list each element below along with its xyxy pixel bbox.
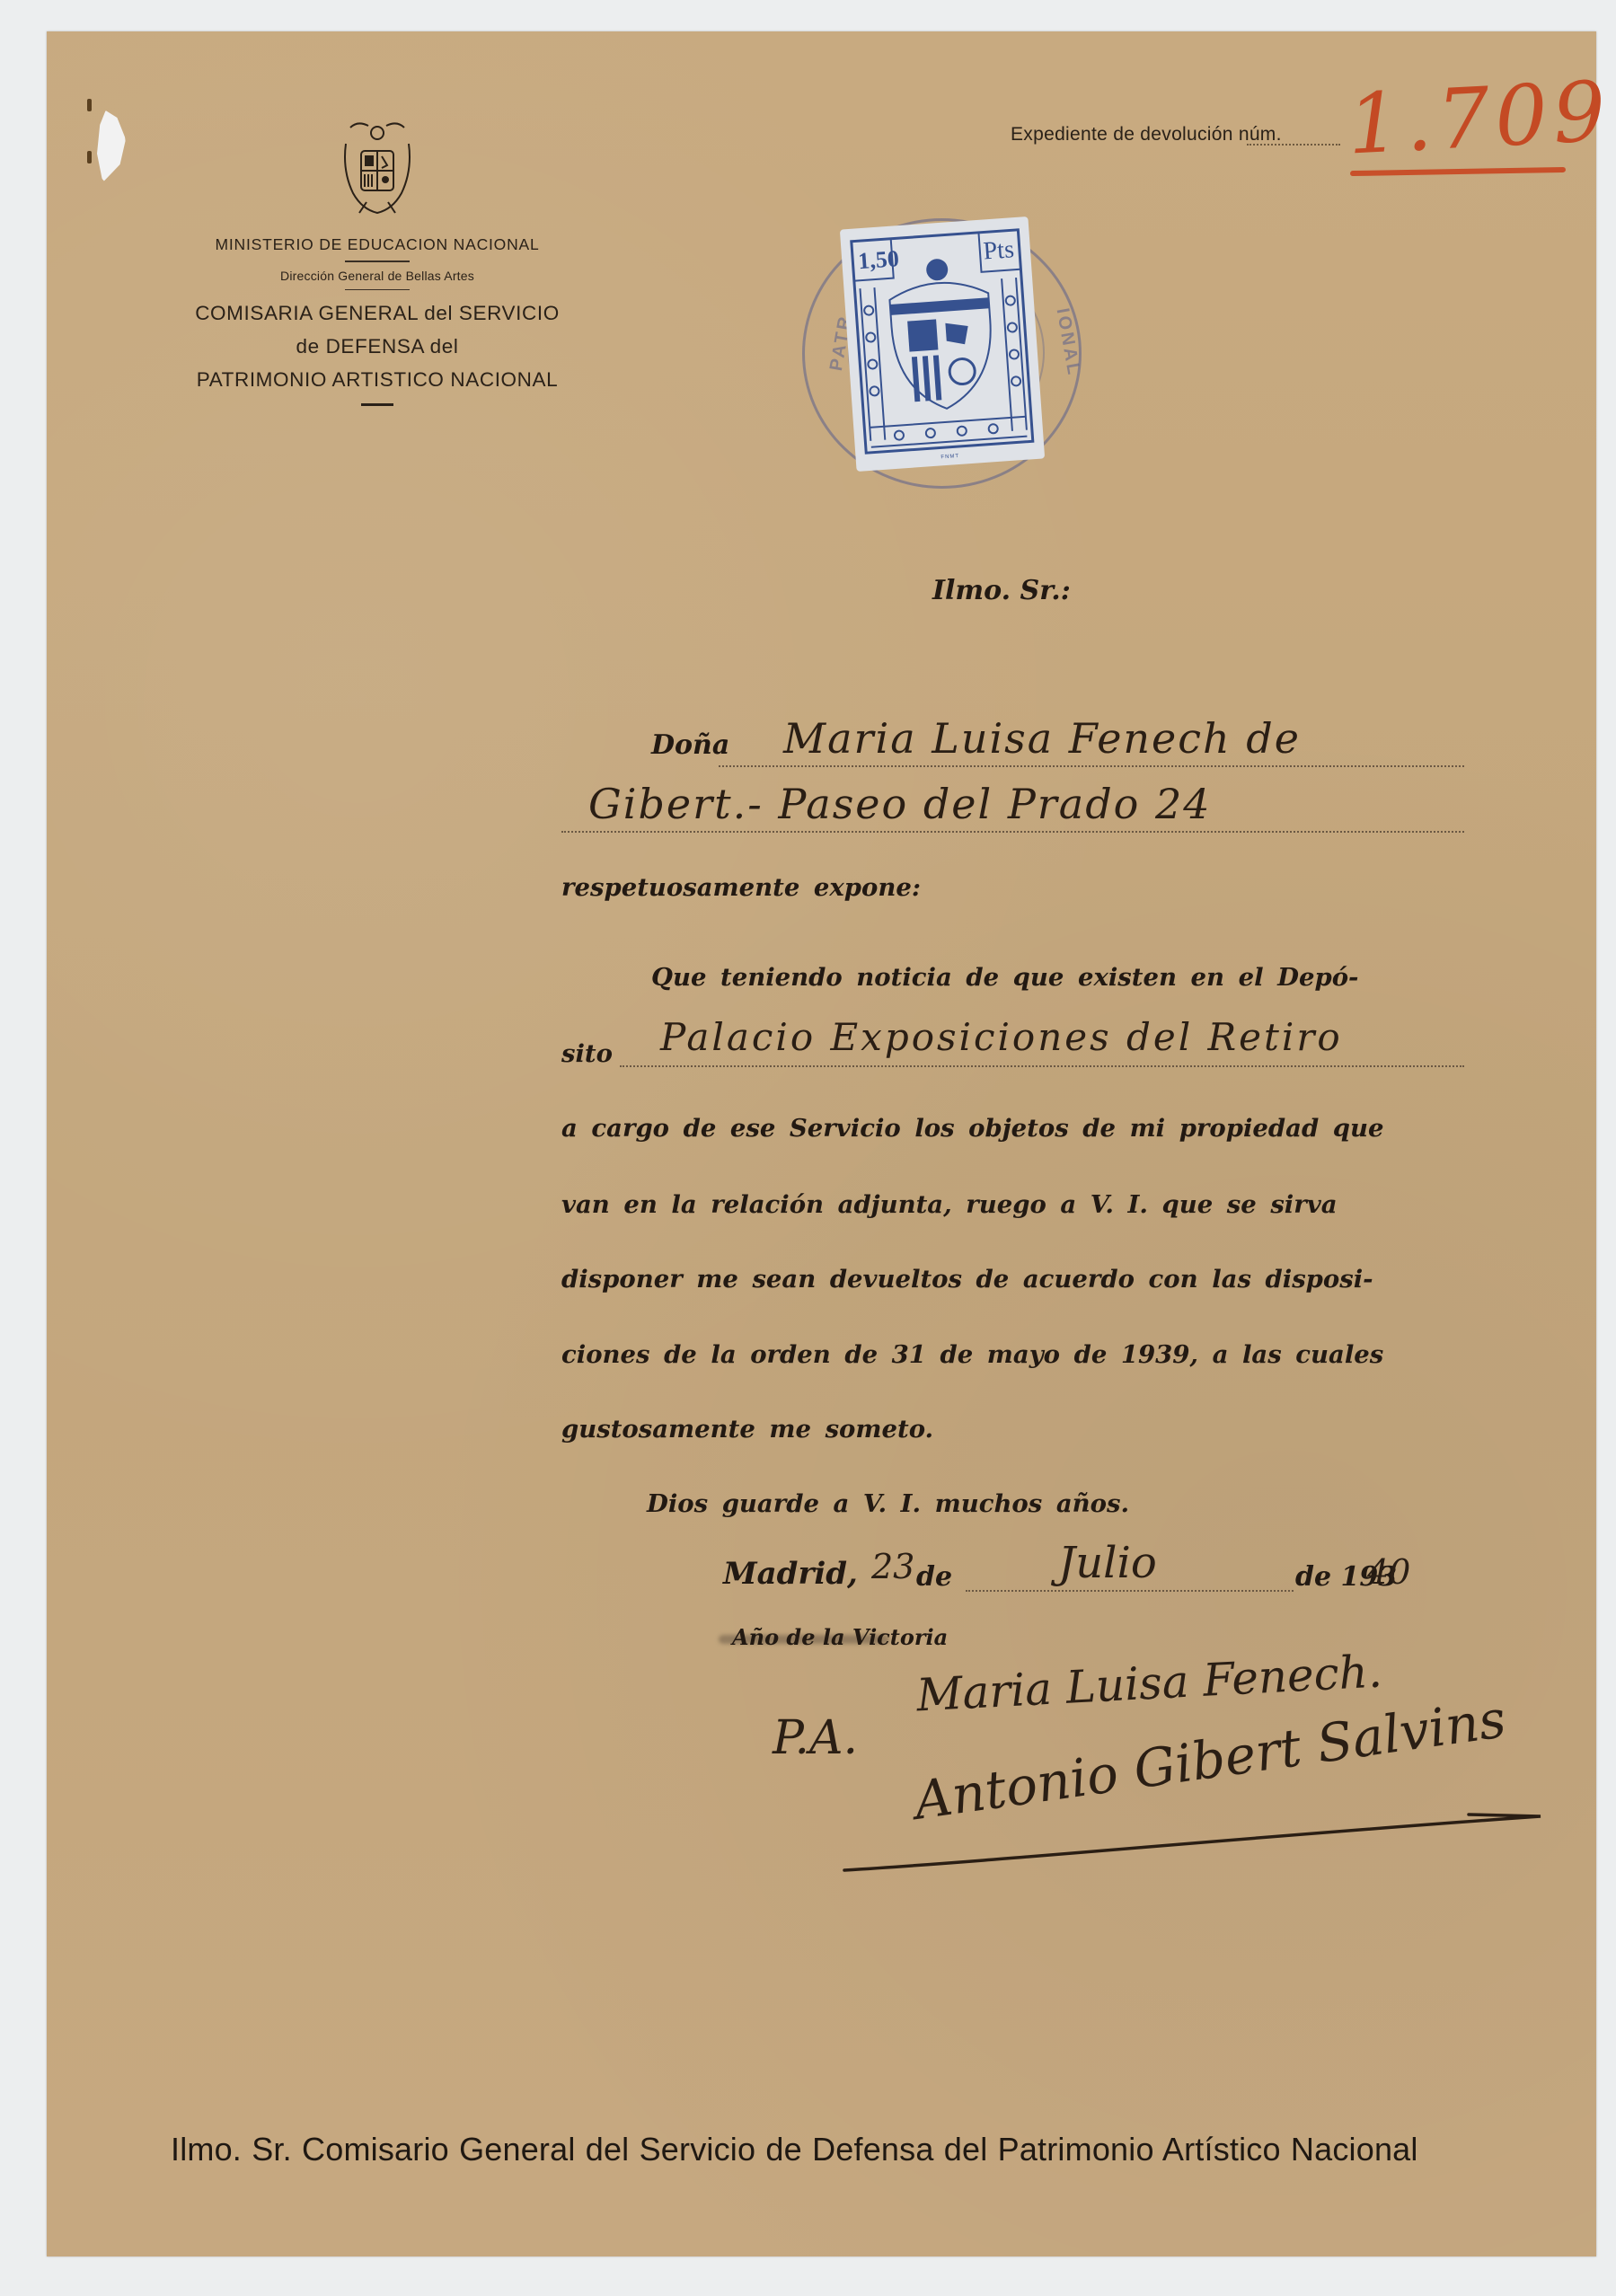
expediente-label: Expediente de devolución núm. (1011, 124, 1282, 146)
victoria-label: Año de la Victoria (732, 1624, 948, 1650)
date-day-handwritten: 23 (871, 1547, 914, 1586)
ministry-name: MINISTERIO DE EDUCACION NACIONAL (171, 235, 584, 254)
expone-text: respetuosamente expone: (561, 873, 921, 902)
body-line-7: gustosamente me someto. (561, 1415, 933, 1444)
date-de-label: de (916, 1561, 952, 1593)
divider (345, 261, 410, 262)
deposit-handwritten: Palacio Exposiciones del Retiro (660, 1015, 1343, 1059)
stamp-unit: Pts (983, 235, 1015, 266)
commission-line-1: COMISARIA GENERAL del SERVICIO (171, 296, 584, 330)
tax-stamp: 1,50 Pts FNMT (840, 216, 1045, 472)
divider (345, 289, 410, 291)
body-line-2-prefix: sito (561, 1039, 613, 1068)
dotted-field-line (620, 1065, 1464, 1067)
signature-flourish (840, 1797, 1559, 1877)
addressee-footer: Ilmo. Sr. Comisario General del Servicio… (171, 2131, 1418, 2168)
letterhead: MINISTERIO DE EDUCACION NACIONAL Direcci… (171, 117, 584, 406)
expediente-dotted-field (1247, 144, 1340, 146)
petitioner-name-handwritten: Maria Luisa Fenech de (783, 714, 1301, 763)
signature-pa-label: P.A. (773, 1711, 858, 1765)
dotted-field-line (561, 831, 1464, 833)
expediente-number: 1.709 (1345, 63, 1613, 172)
closing-formula: Dios guarde a V. I. muchos años. (647, 1489, 1129, 1518)
dona-label: Doña (651, 729, 729, 761)
date-city: Madrid, (723, 1556, 858, 1592)
body-line-1: Que teniendo noticia de que existen en e… (651, 963, 1358, 992)
stamp-value: 1,50 (857, 245, 899, 275)
commission-line-3: PATRIMONIO ARTISTICO NACIONAL (171, 363, 584, 396)
date-month-handwritten: Julio (1058, 1538, 1157, 1588)
salutation: Ilmo. Sr.: (932, 575, 1071, 606)
date-year-handwritten: 40 (1367, 1552, 1410, 1592)
dotted-field-line (966, 1590, 1294, 1592)
dotted-field-line (719, 765, 1464, 767)
body-line-4: van en la relación adjunta, ruego a V. I… (561, 1190, 1338, 1219)
body-line-5: disponer me sean devueltos de acuerdo co… (561, 1265, 1373, 1294)
petitioner-address-handwritten: Gibert.- Paseo del Prado 24 (588, 780, 1212, 828)
divider (361, 403, 393, 406)
spanish-coat-of-arms-eagle-icon (332, 117, 422, 225)
body-line-6: ciones de la orden de 31 de mayo de 1939… (561, 1340, 1383, 1369)
directorate-name: Dirección General de Bellas Artes (171, 269, 584, 283)
commission-line-2: de DEFENSA del (171, 330, 584, 363)
staple-rust-mark (87, 151, 92, 163)
body-line-3: a cargo de ese Servicio los objetos de m… (561, 1114, 1384, 1143)
staple-rust-mark (87, 99, 92, 111)
